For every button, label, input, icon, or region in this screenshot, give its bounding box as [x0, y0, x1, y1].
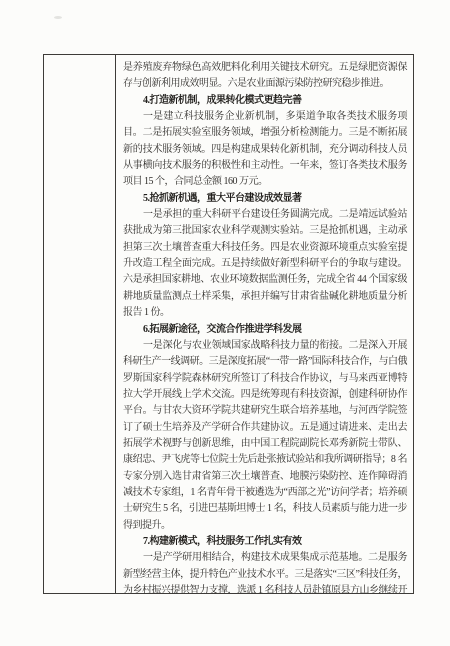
section-paragraph-5: 一是承担的重大科研平台建设任务圆满完成。二是靖远试验站获批成为第三批国家农业科学…	[123, 207, 407, 321]
section-paragraph-6: 一是深化与农业领域国家战略科技力量的衔接。二是深入开展科研生产一线调研。三是深度…	[123, 338, 407, 534]
scan-speck	[54, 16, 62, 19]
section-heading-6: 6.拓展新途径，交流合作推进学科发展	[123, 322, 407, 338]
table-text-cell: 是养殖废弃物绿色高效肥料化利用关键技术研究。五是绿肥资源保存与创新利用成效明显。…	[116, 55, 413, 593]
table-empty-cell	[44, 55, 116, 593]
section-heading-7: 7.构建新模式，科技服务工作扎实有效	[123, 534, 407, 550]
section-paragraph-7: 一是产学研用相结合，构建技术成果集成示范基地。二是服务新型经营主体，提升特色产业…	[123, 550, 407, 593]
document-page: 是养殖废弃物绿色高效肥料化利用关键技术研究。五是绿肥资源保存与创新利用成效明显。…	[0, 0, 450, 646]
report-table: 是养殖废弃物绿色高效肥料化利用关键技术研究。五是绿肥资源保存与创新利用成效明显。…	[43, 54, 414, 594]
section-paragraph-4: 一是建立科技服务企业新机制，多渠道争取各类技术服务项目。二是拓展实验室服务领域，…	[123, 109, 407, 191]
paragraph-continuation: 是养殖废弃物绿色高效肥料化利用关键技术研究。五是绿肥资源保存与创新利用成效明显。…	[123, 60, 407, 93]
section-heading-4: 4.打造新机制，成果转化模式更趋完善	[123, 93, 407, 109]
section-heading-5: 5.抢抓新机遇，重大平台建设成效显著	[123, 191, 407, 207]
